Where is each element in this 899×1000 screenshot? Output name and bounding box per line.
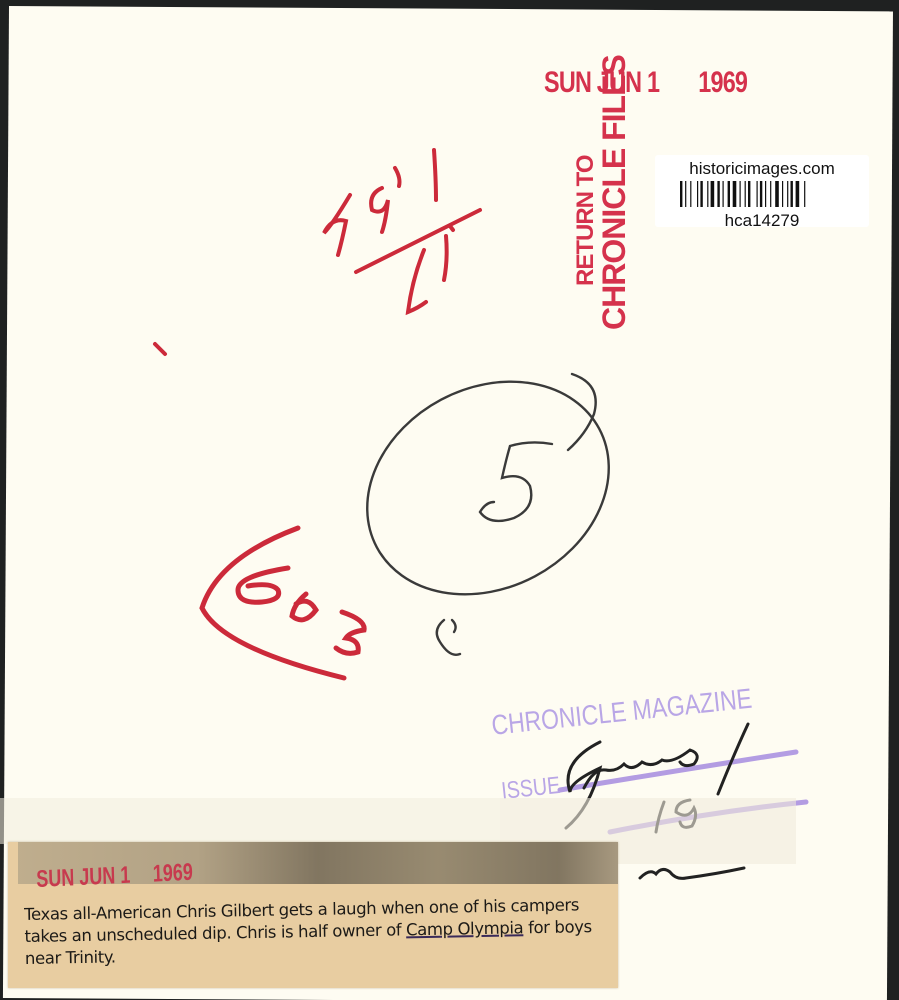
crayon-fraction [155,150,480,354]
pencil-circle-5 [330,341,646,655]
clipping-date-stamp: SUN JUN 11969 [36,859,193,894]
clipping-date-year: 1969 [152,859,193,888]
crayon-bracket-683 [202,528,364,678]
caption-underlined: Camp Olympia [406,918,524,939]
newspaper-clipping: SUN JUN 11969 Texas all-American Chris G… [8,842,618,988]
tape-piece [0,798,500,844]
clipping-caption: Texas all-American Chris Gilbert gets a … [24,894,595,970]
clipping-date-day: SUN JUN 1 [36,862,131,893]
